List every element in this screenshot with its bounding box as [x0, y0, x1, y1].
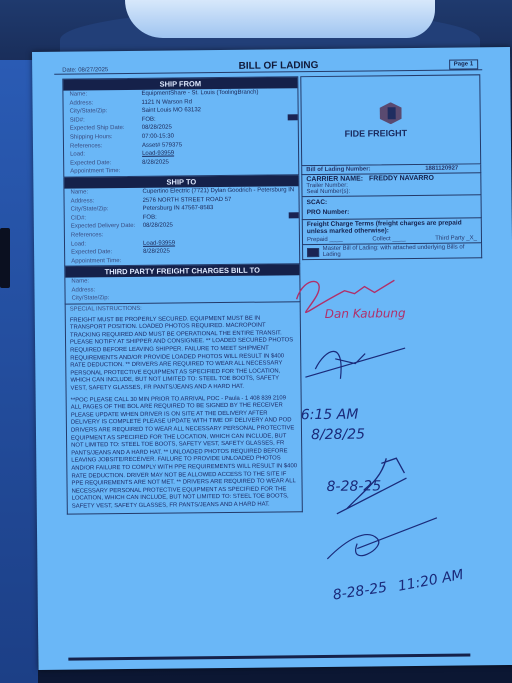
handwritten-time-1: 6:15 AM — [301, 407, 359, 424]
fob-checkbox — [288, 114, 298, 120]
field-value — [142, 166, 298, 176]
left-column: SHIP FROM Name:EquipmentShare - St. Loui… — [62, 76, 303, 514]
document-header: Date: 08/27/2025 BILL OF LADING Page 1 — [54, 53, 482, 74]
seal-number-label: Seal Number(s): — [306, 187, 476, 195]
bol-number-value: 1881120927 — [425, 166, 458, 172]
scac-pro-box: SCAC: PRO Number: — [302, 195, 482, 220]
field-label: Appointment Time: — [65, 257, 143, 266]
printed-name-handwriting: Dan Kaubung — [325, 306, 406, 321]
freight-terms-heading: Freight Charge Terms (freight charges ar… — [307, 219, 477, 235]
third-party-option: Third Party _X_ — [435, 235, 477, 241]
phone-edge — [0, 228, 10, 288]
document-title: BILL OF LADING — [239, 60, 319, 72]
bill-of-lading-paper: Date: 08/27/2025 BILL OF LADING Page 1 S… — [32, 47, 512, 670]
carrier-info: CARRIER NAME: FREDDY NAVARRO Trailer Num… — [301, 173, 481, 197]
special-instructions: SPECIAL INSTRUCTIONS: FREIGHT MUST BE PR… — [65, 302, 303, 514]
field-label: Appointment Time: — [64, 167, 142, 176]
plastic-bag-background — [125, 0, 435, 38]
special-instructions-para2: **POC PLEASE CALL 30 MIN PRIOR TO ARRIVA… — [71, 395, 298, 511]
third-party-section: THIRD PARTY FREIGHT CHARGES BILL TO Name… — [64, 264, 300, 304]
ship-from-section: SHIP FROM Name:EquipmentShare - St. Loui… — [62, 76, 299, 177]
freight-terms-box: Freight Charge Terms (freight charges ar… — [302, 218, 482, 245]
page-number: Page 1 — [449, 59, 478, 69]
pro-number-label: PRO Number: — [307, 206, 477, 218]
handwritten-date-1: 8/28/25 — [311, 427, 365, 444]
fide-freight-logo-icon — [380, 102, 402, 124]
carrier-name-value: FREDDY NAVARRO — [369, 175, 434, 183]
fob-checkbox — [289, 212, 299, 218]
handwritten-date-2: 8-28-25 — [326, 478, 381, 495]
carrier-logo-box: FIDE FREIGHT — [300, 74, 481, 166]
special-instructions-para1: FREIGHT MUST BE PROPERLY SECURED. EQUIPM… — [70, 315, 297, 393]
collect-option: Collect ____ — [372, 236, 405, 242]
master-bol-row: Master Bill of Lading: with attached und… — [302, 243, 482, 260]
bol-number-label: Bill of Lading Number: — [306, 166, 370, 173]
field-value — [143, 255, 299, 265]
prepaid-option: Prepaid ____ — [307, 237, 343, 243]
master-bol-checkbox — [307, 248, 319, 257]
field-value — [144, 293, 300, 303]
bottom-rule — [68, 653, 470, 660]
special-instructions-label: SPECIAL INSTRUCTIONS: — [70, 304, 296, 314]
field-label: City/State/Zip: — [66, 294, 144, 303]
document-date: Date: 08/27/2025 — [54, 67, 108, 74]
master-bol-label: Master Bill of Lading: with attached und… — [323, 244, 478, 258]
ship-to-section: SHIP TO Name:Cupertino Electric (7721) D… — [63, 175, 300, 267]
carrier-company-name: FIDE FREIGHT — [345, 128, 408, 139]
